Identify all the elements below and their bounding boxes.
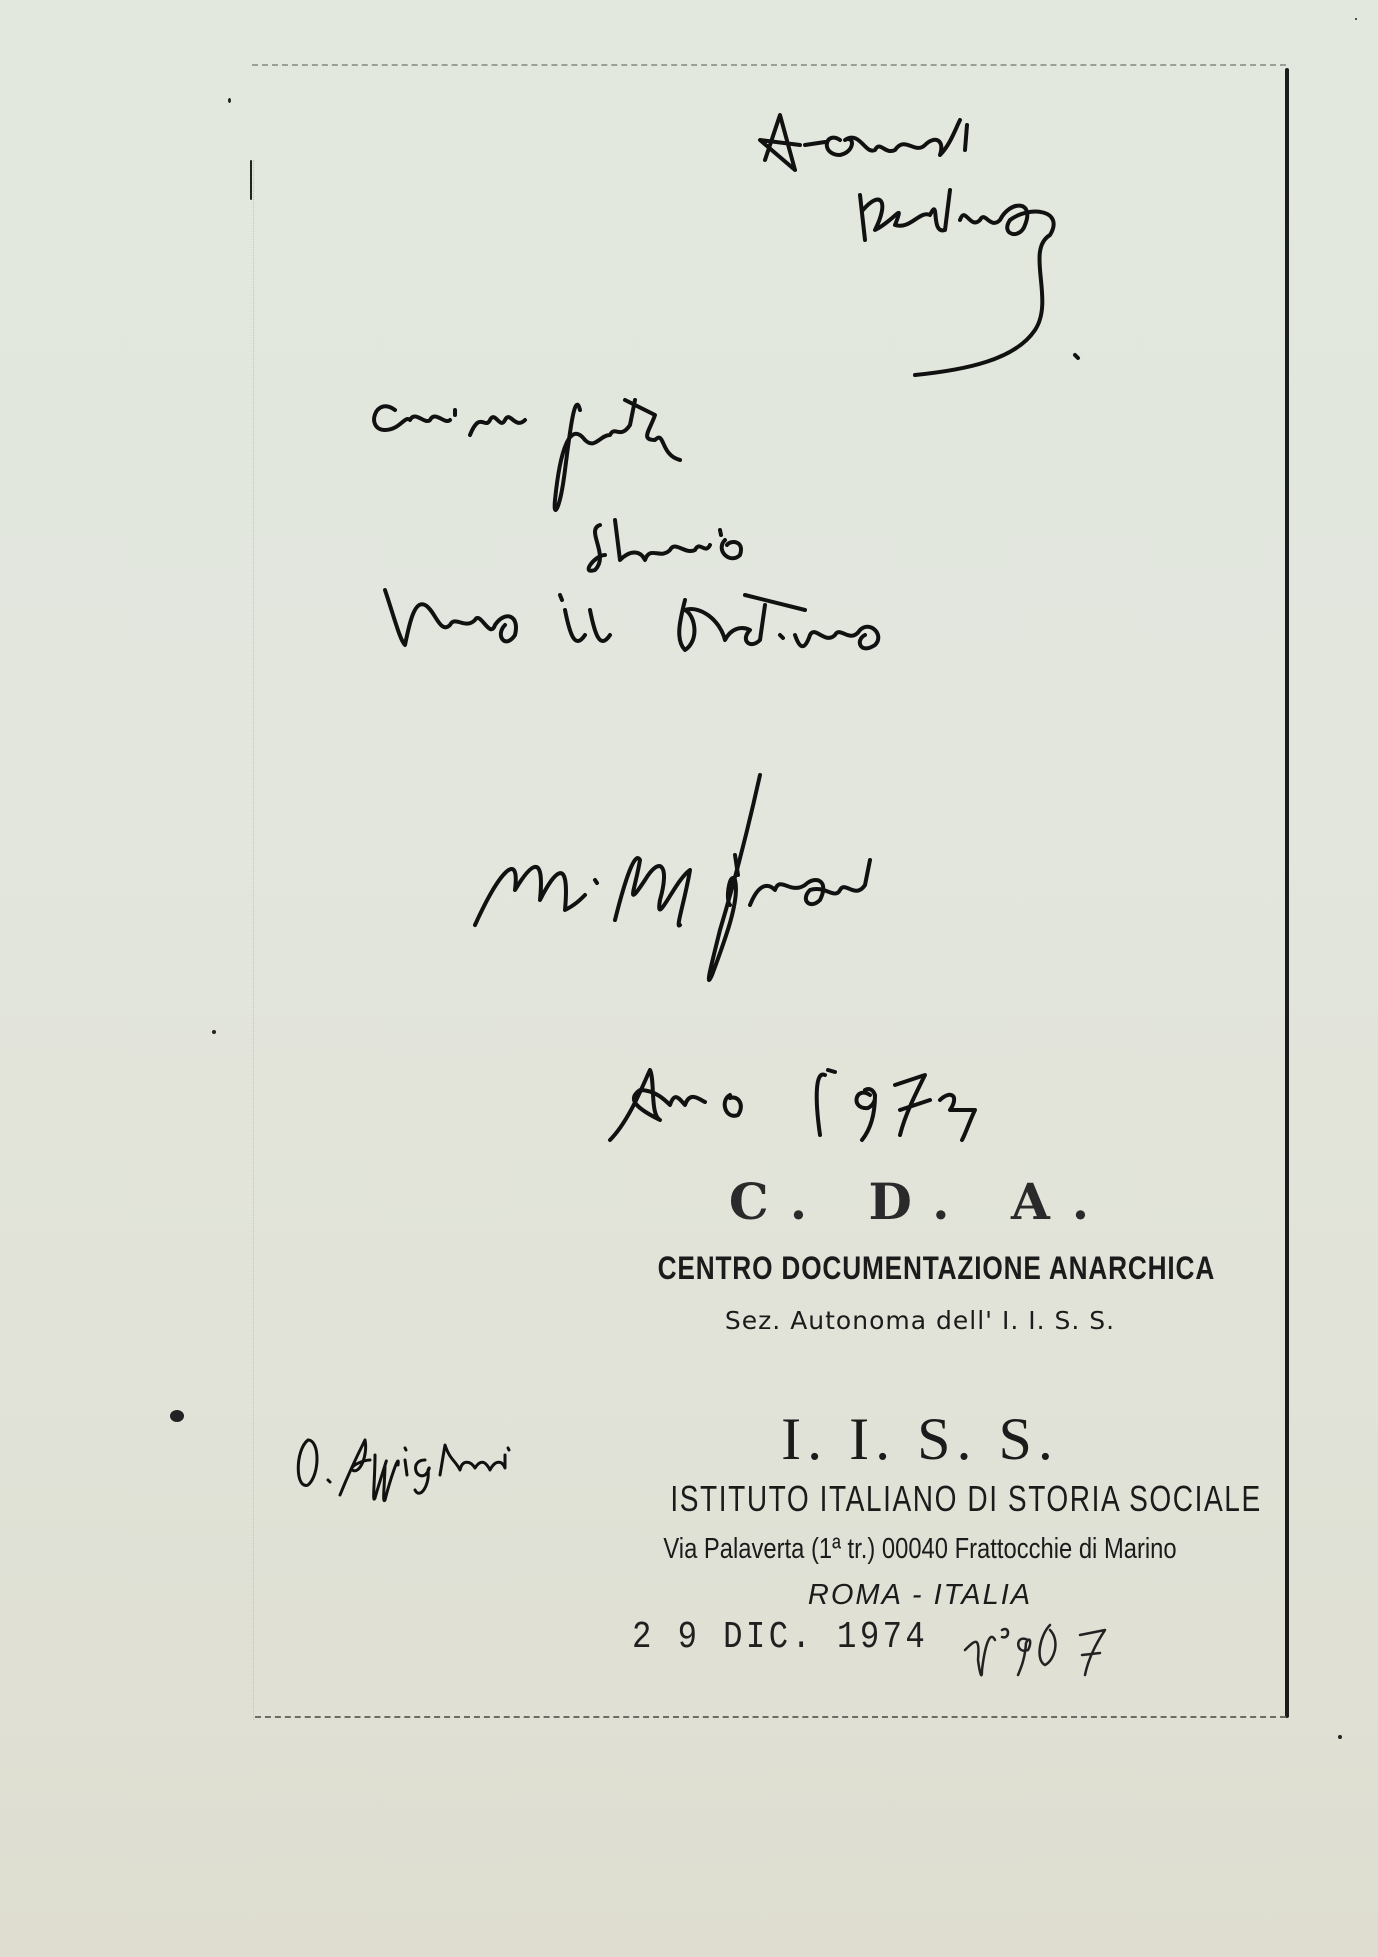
iss-stamp-name: ISTITUTO ITALIANO DI STORIA SOCIALE bbox=[670, 1478, 1169, 1520]
ink-speck bbox=[250, 160, 252, 200]
message-handwriting bbox=[355, 380, 1055, 680]
year-strokes bbox=[600, 1040, 1060, 1150]
cda-stamp-title: C. D. A. bbox=[600, 1172, 1240, 1231]
cda-stamp-name: CENTRO DOCUMENTAZIONE ANARCHICA bbox=[658, 1250, 1183, 1287]
archivist-signature bbox=[290, 1420, 530, 1510]
signature-strokes bbox=[460, 760, 1020, 1020]
frame-left-border bbox=[253, 160, 254, 1720]
inventory-strokes bbox=[960, 1615, 1160, 1685]
year-handwriting bbox=[600, 1040, 1060, 1150]
iss-stamp-title: I. I. S. S. bbox=[600, 1405, 1240, 1474]
author-signature bbox=[460, 760, 1020, 1020]
frame-right-border bbox=[1285, 68, 1289, 1718]
ink-speck bbox=[1338, 1735, 1342, 1739]
ink-speck bbox=[212, 1030, 216, 1034]
iss-stamp-city: ROMA - ITALIA bbox=[600, 1579, 1240, 1612]
date-stamp: 2 9 DIC. 1974 bbox=[632, 1616, 928, 1659]
iss-stamp-address: Via Palaverta (1ª tr.) 00040 Frattocchie… bbox=[658, 1533, 1183, 1566]
ink-speck bbox=[228, 98, 231, 103]
archivist-strokes bbox=[290, 1420, 530, 1510]
frame-top-border bbox=[252, 64, 1286, 66]
frame-bottom-border bbox=[255, 1716, 1286, 1718]
ink-speck bbox=[170, 1410, 184, 1422]
dedication-strokes bbox=[745, 100, 1245, 390]
cda-stamp-subtitle: Sez. Autonoma dell' I. I. S. S. bbox=[600, 1306, 1240, 1335]
ink-speck bbox=[1355, 18, 1357, 20]
dedication-handwriting bbox=[745, 100, 1245, 390]
inventory-number-handwriting bbox=[960, 1615, 1160, 1685]
message-strokes bbox=[355, 380, 1055, 680]
